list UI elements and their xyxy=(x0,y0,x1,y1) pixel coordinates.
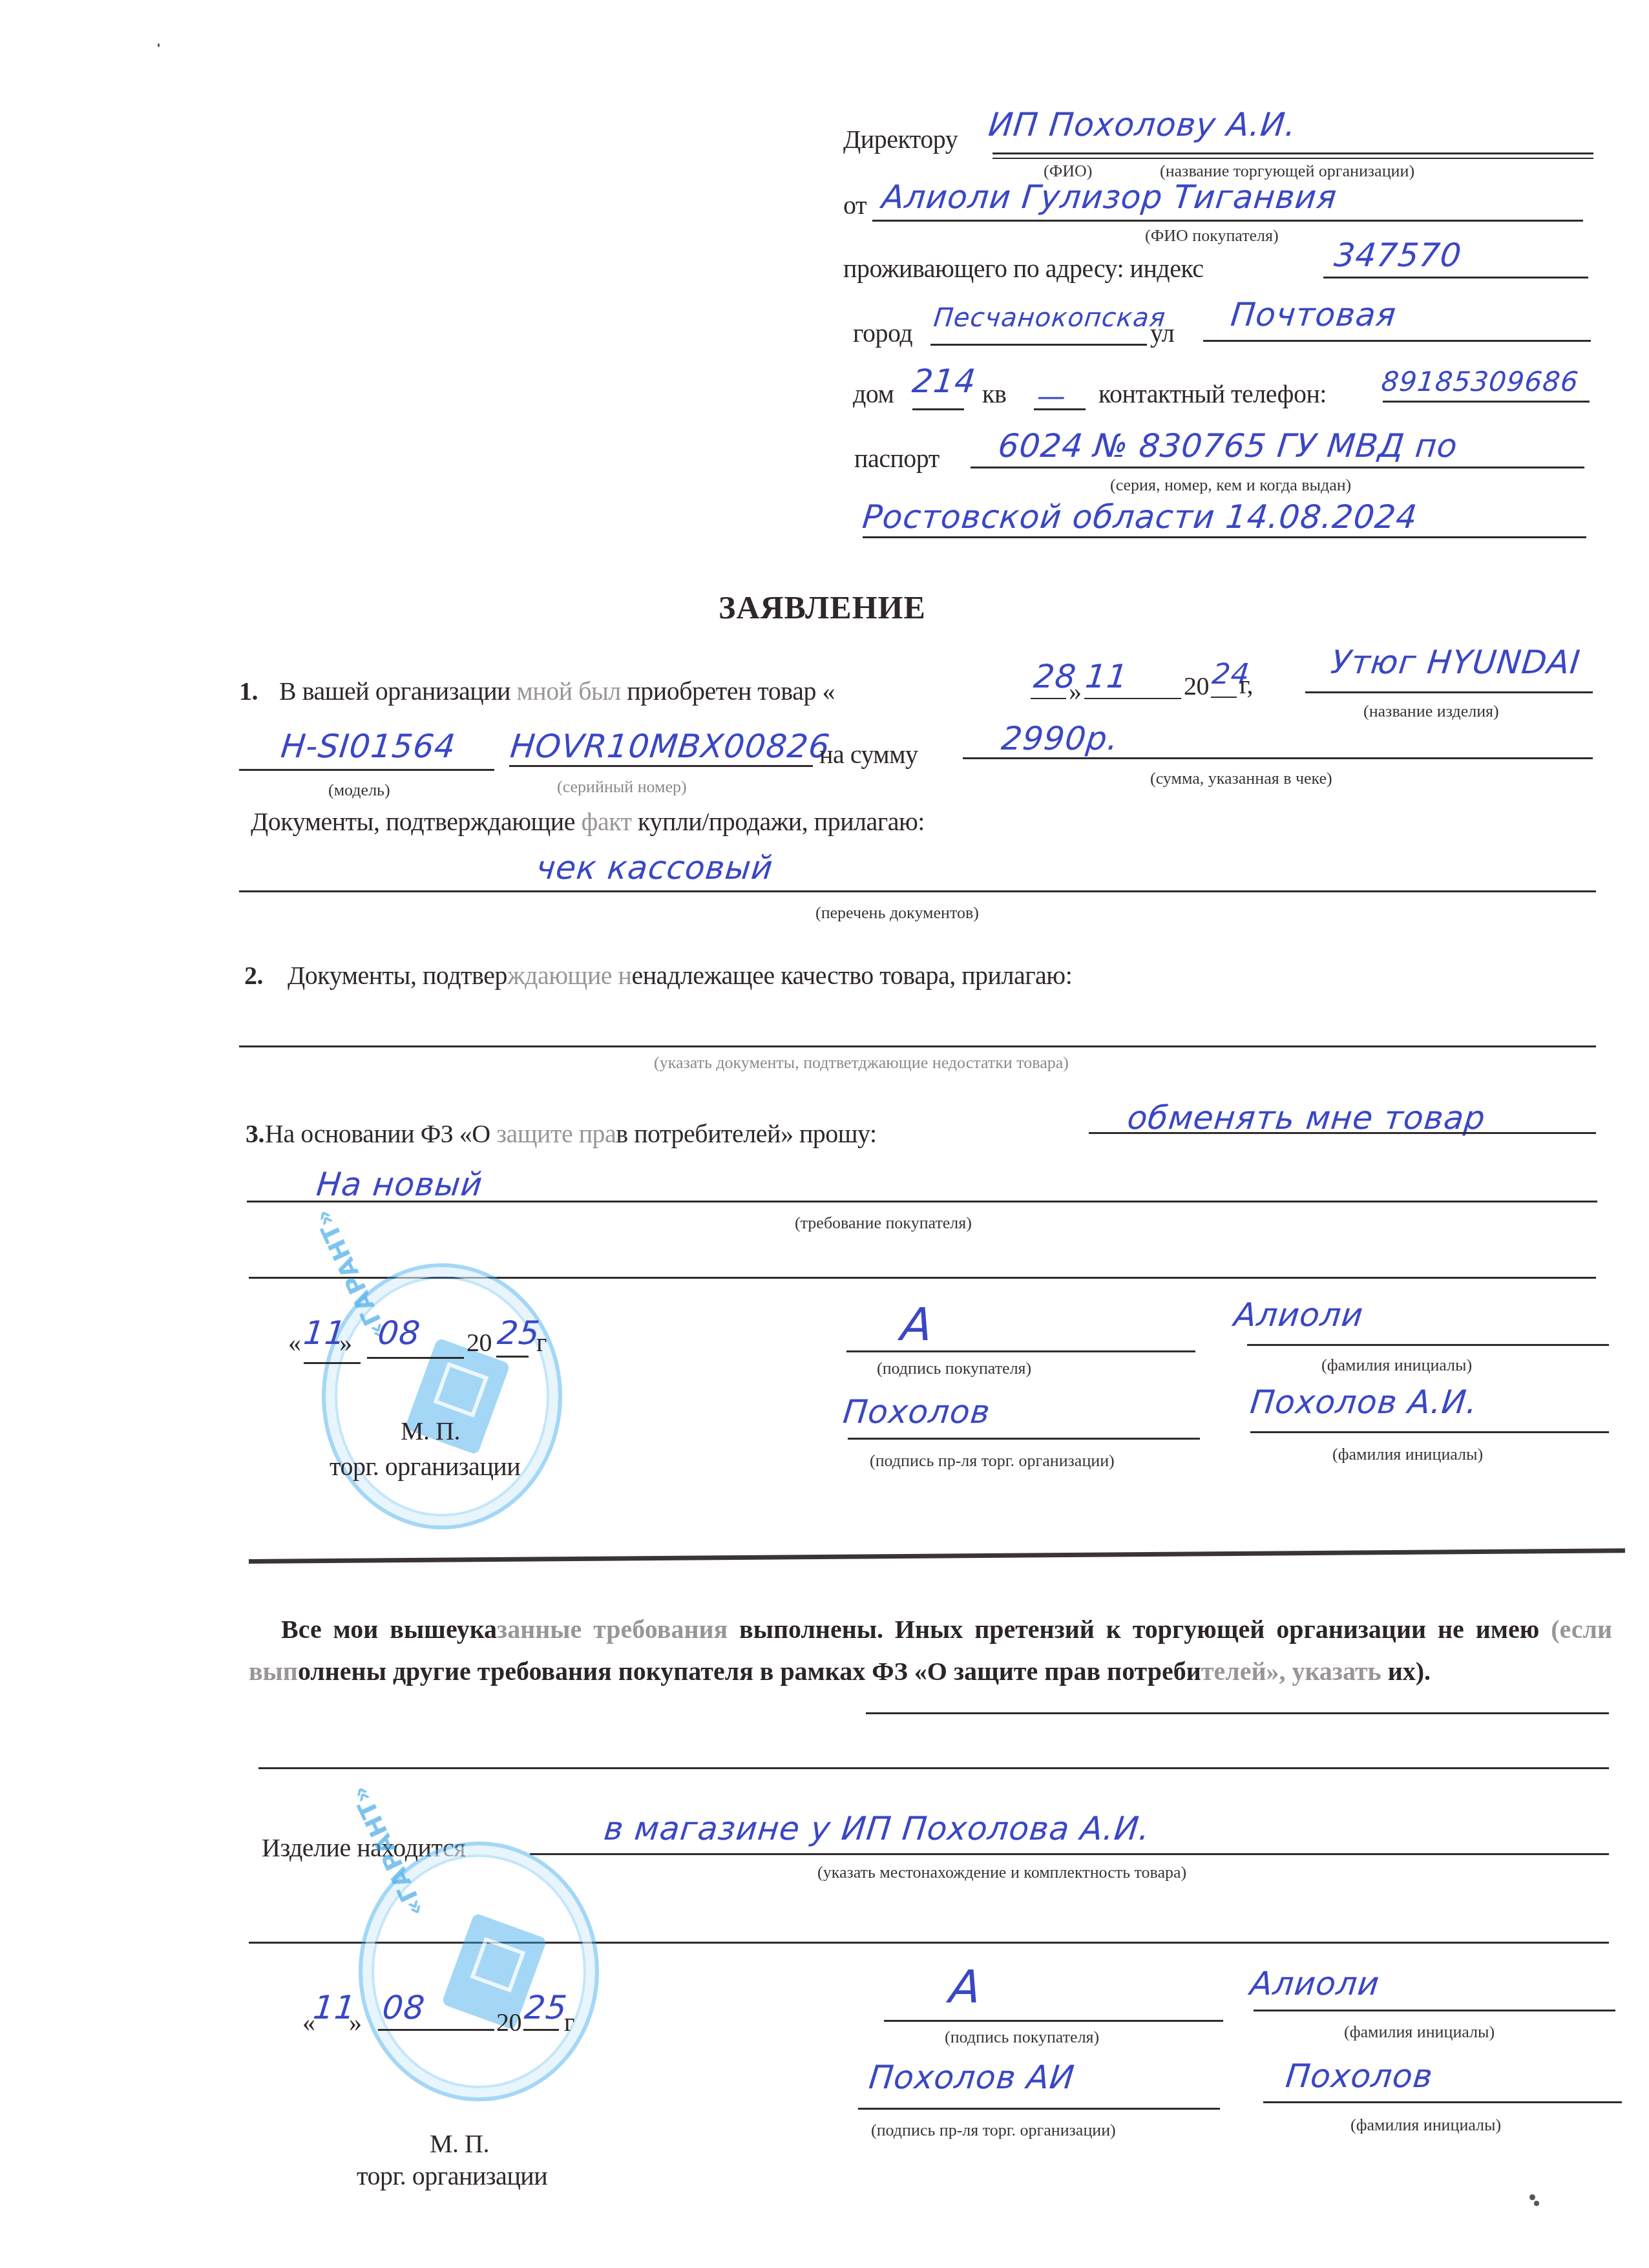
serial-underline xyxy=(509,765,813,767)
location-caption: (указать местонахождение и комплектность… xyxy=(817,1864,1186,1881)
purchase-quote-close: » xyxy=(1069,678,1082,704)
mp-2-label: М. П. xyxy=(430,2131,489,2157)
seller-name-1[interactable]: Похолов А.И. xyxy=(1248,1386,1479,1418)
date-1-open: « xyxy=(288,1330,301,1356)
purchase-year-underline xyxy=(1211,697,1237,698)
buyer-name-1-line xyxy=(1247,1344,1609,1346)
date-1-suffix: г xyxy=(536,1330,547,1356)
request-value-line2[interactable]: На новый xyxy=(315,1168,484,1201)
street-underline xyxy=(1203,340,1591,342)
seller-signature-2-line xyxy=(858,2108,1220,2110)
buyer-signature-2[interactable]: А xyxy=(947,1964,983,2010)
section-3-text-b: в потребителей» прошу: xyxy=(616,1119,876,1148)
document-title: ЗАЯВЛЕНИЕ xyxy=(719,591,926,624)
passport-label: паспорт xyxy=(854,446,940,472)
section-1-text: В вашей организации мной был приобретен … xyxy=(279,678,835,704)
phone-label: контактный телефон: xyxy=(1098,381,1327,407)
seller-name-2-caption: (фамилия инициалы) xyxy=(1350,2117,1501,2134)
docs-label-b: купли/продажи, прилагаю: xyxy=(632,807,925,836)
date-2-mid: » xyxy=(349,2010,362,2035)
docs-label-faint: факт xyxy=(582,807,632,836)
serial-caption: (серийный номер) xyxy=(557,779,687,795)
from-label: от xyxy=(843,193,867,218)
street-label: ул xyxy=(1150,320,1174,346)
docs-label-a: Документы, подтверждающие xyxy=(251,807,582,836)
seller-signature-2-caption: (подпись пр-ля торг. организации) xyxy=(871,2122,1116,2139)
buyer-name-1-caption: (фамилия инициалы) xyxy=(1321,1357,1472,1374)
section-3-text-a: На основании ФЗ «О xyxy=(265,1119,496,1148)
closing-text-faint-3: телей», указать xyxy=(1201,1657,1381,1686)
seller-signature-1-line xyxy=(848,1438,1200,1440)
date-2-year-prefix: 20 xyxy=(496,2010,521,2035)
street-value[interactable]: Почтовая xyxy=(1229,299,1398,331)
city-value[interactable]: Песчанокопская xyxy=(932,305,1167,331)
section-2-text-a: Документы, подтвер xyxy=(288,961,507,990)
buyer-signature-2-line xyxy=(884,2020,1223,2022)
closing-text-faint-1: занные требования xyxy=(497,1615,728,1644)
apt-underline xyxy=(1034,408,1086,410)
closing-text-d: их). xyxy=(1381,1657,1431,1686)
postcode-underline xyxy=(1323,277,1588,278)
purchase-month[interactable]: 11 xyxy=(1084,660,1129,693)
passport-underline xyxy=(971,467,1584,468)
date-1-year[interactable]: 25 xyxy=(496,1317,541,1349)
date-1-month-underline xyxy=(367,1357,464,1359)
scan-speck xyxy=(1529,2194,1535,2200)
passport-underline-2 xyxy=(863,536,1586,538)
buyer-signature-1-caption: (подпись покупателя) xyxy=(877,1360,1031,1377)
purchase-day-underline xyxy=(1031,698,1066,699)
house-underline xyxy=(912,408,964,410)
docs-underline xyxy=(239,890,1596,892)
seller-name-1-line xyxy=(1250,1431,1609,1433)
purchase-year-prefix: 20 xyxy=(1184,673,1209,699)
section-2-text-b: енадлежащее качество товара, прилагаю: xyxy=(631,961,1072,990)
mp-1-caption: торг. организации xyxy=(330,1454,520,1480)
to-label: Директору xyxy=(843,127,958,152)
to-underline-2 xyxy=(993,158,1593,159)
request-underline xyxy=(1089,1132,1596,1134)
scan-speck xyxy=(158,43,160,47)
location-value[interactable]: в магазине у ИП Похолова А.И. xyxy=(602,1812,1151,1845)
seller-name-2[interactable]: Похолов xyxy=(1284,2060,1434,2092)
city-underline xyxy=(930,344,1147,346)
section-1-number: 1. xyxy=(239,678,258,704)
from-caption: (ФИО покупателя) xyxy=(1145,227,1279,244)
section-1-text-a: В вашей организации xyxy=(279,677,517,706)
company-stamp-1: «ГАРАНТ» xyxy=(322,1263,562,1529)
seller-signature-1-caption: (подпись пр-ля торг. организации) xyxy=(870,1453,1115,1469)
city-label: город xyxy=(853,320,912,346)
seller-name-2-line xyxy=(1263,2101,1622,2103)
date-2-month-underline xyxy=(378,2029,494,2031)
sum-value[interactable]: 2990р. xyxy=(1000,722,1120,755)
buyer-signature-2-caption: (подпись покупателя) xyxy=(945,2029,1099,2046)
house-label: дом xyxy=(853,381,894,407)
section-1-text-faint: мной был xyxy=(517,677,621,706)
date-2-year-underline xyxy=(523,2029,559,2031)
seller-signature-1[interactable]: Похолов xyxy=(841,1396,992,1428)
purchase-month-underline xyxy=(1084,698,1181,699)
buyer-name-2-line xyxy=(1254,2010,1615,2011)
house-value[interactable]: 214 xyxy=(910,365,978,397)
sum-label: на сумму xyxy=(819,742,918,768)
to-caption-fio: (ФИО) xyxy=(1044,163,1092,180)
to-caption-org: (название торгующей организации) xyxy=(1160,163,1414,180)
section-3-text: На основании ФЗ «О защите прав потребите… xyxy=(265,1121,877,1147)
section-3-caption: (требование покупателя) xyxy=(795,1215,972,1232)
passport-caption: (серия, номер, кем и когда выдан) xyxy=(1110,477,1351,494)
model-caption: (модель) xyxy=(328,782,390,799)
buyer-name-2[interactable]: Алиоли xyxy=(1248,1968,1381,2000)
passport-value-line2[interactable]: Ростовской области 14.08.2024 xyxy=(861,501,1419,533)
buyer-signature-1-line xyxy=(846,1350,1195,1352)
serial-value[interactable]: HOVR10MBX00826 xyxy=(509,730,832,762)
apt-value[interactable]: — xyxy=(1036,383,1068,411)
request-underline-2 xyxy=(247,1201,1597,1202)
section-1-text-b: приобретен товар « xyxy=(621,677,835,706)
docs-label: Документы, подтверждающие факт купли/про… xyxy=(251,809,925,835)
model-value[interactable]: H-SI01564 xyxy=(279,730,457,762)
date-1-mid: » xyxy=(339,1330,352,1356)
date-2-year[interactable]: 25 xyxy=(523,1991,569,2024)
section-2-text: Документы, подтверждающие ненадлежащее к… xyxy=(288,963,1072,989)
section-2-underline[interactable] xyxy=(239,1045,1596,1047)
closing-text-a: Все мои вышеука xyxy=(281,1615,497,1644)
closing-text-b: выполнены. Иных претензий к торгующей ор… xyxy=(728,1615,1551,1644)
seller-signature-2[interactable]: Похолов АИ xyxy=(867,2061,1076,2094)
phone-underline xyxy=(1383,401,1590,403)
mp-1-label: М. П. xyxy=(401,1418,460,1444)
docs-caption: (перечень документов) xyxy=(815,905,979,921)
apt-label: кв xyxy=(982,381,1006,407)
company-stamp-2: «ГАРАНТ» xyxy=(359,1842,599,2101)
mp-2-caption: торг. организации xyxy=(357,2163,547,2189)
to-value[interactable]: ИП Похолову А.И. xyxy=(987,109,1297,141)
from-value[interactable]: Алиоли Гулизор Тиганвия xyxy=(880,181,1338,213)
section-3-number: 3. xyxy=(246,1121,264,1147)
section-2-caption: (указать документы, подтветджающие недос… xyxy=(654,1055,1069,1071)
address-label: проживающего по адресу: индекс xyxy=(843,256,1204,282)
closing-paragraph: Все мои вышеуказанные требования выполне… xyxy=(249,1609,1612,1693)
phone-value[interactable]: 89185309686 xyxy=(1380,368,1580,395)
buyer-signature-1[interactable]: А xyxy=(899,1302,935,1347)
closing-underline-1[interactable] xyxy=(866,1712,1609,1714)
from-underline xyxy=(872,220,1583,222)
request-value[interactable]: обменять мне товар xyxy=(1126,1102,1487,1134)
scan-speck xyxy=(1534,2201,1539,2206)
sum-caption: (сумма, указанная в чеке) xyxy=(1150,770,1332,787)
date-1-day-underline xyxy=(304,1362,361,1364)
passport-value[interactable]: 6024 № 830765 ГУ МВД по xyxy=(996,430,1459,462)
model-underline xyxy=(239,769,494,771)
closing-underline-2[interactable] xyxy=(258,1767,1609,1769)
product-name-underline xyxy=(1305,691,1593,693)
docs-value[interactable]: чек кассовый xyxy=(534,852,775,884)
sum-underline xyxy=(963,757,1593,759)
date-1-year-underline xyxy=(496,1356,529,1358)
to-underline xyxy=(993,152,1593,154)
product-name-value[interactable]: Утюг HYUNDAI xyxy=(1329,646,1582,678)
date-2-month[interactable]: 08 xyxy=(381,1991,426,2024)
buyer-name-2-caption: (фамилия инициалы) xyxy=(1344,2024,1495,2041)
closing-text-c: олнены другие требования покупателя в ра… xyxy=(298,1657,1201,1686)
date-1-month[interactable]: 08 xyxy=(376,1317,422,1349)
seller-name-1-caption: (фамилия инициалы) xyxy=(1332,1446,1483,1463)
date-2-suffix: г xyxy=(564,2010,574,2035)
product-name-caption: (название изделия) xyxy=(1363,703,1499,720)
section-2-text-faint: ждающие н xyxy=(507,961,632,990)
date-1-year-prefix: 20 xyxy=(467,1330,492,1356)
buyer-name-1[interactable]: Алиоли xyxy=(1232,1299,1365,1331)
section-3-text-faint: защите пра xyxy=(496,1119,616,1148)
section-2-number: 2. xyxy=(244,963,263,989)
location-underline xyxy=(530,1853,1609,1855)
postcode-value[interactable]: 347570 xyxy=(1332,239,1463,271)
purchase-year-suffix: г, xyxy=(1239,672,1253,698)
section-divider xyxy=(249,1548,1625,1564)
